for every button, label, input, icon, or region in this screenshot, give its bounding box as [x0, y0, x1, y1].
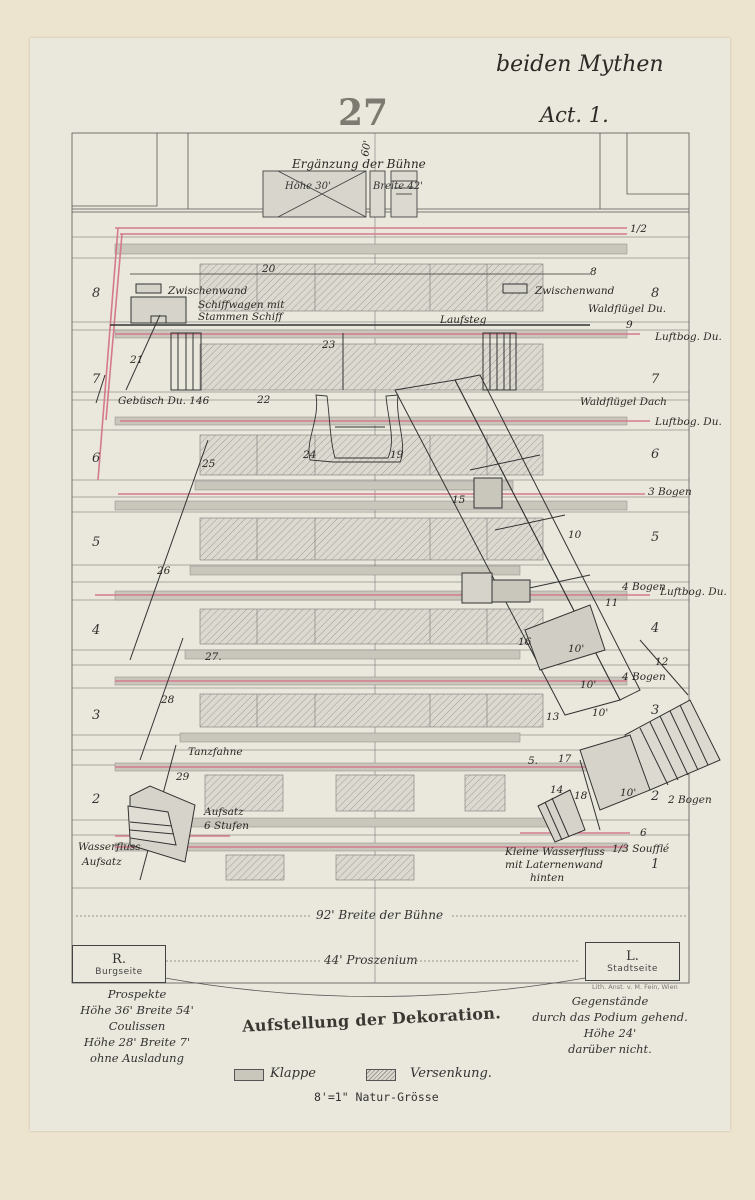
stage-width-label: 92' Breite der Bühne	[316, 908, 443, 922]
svg-text:22: 22	[256, 394, 271, 406]
scale-note: 8'=1" Natur-Grösse	[314, 1090, 439, 1104]
svg-text:hinten: hinten	[530, 872, 564, 884]
svg-text:Zwischenwand: Zwischenwand	[534, 285, 615, 297]
svg-text:28: 28	[160, 694, 175, 706]
svg-text:24: 24	[302, 449, 316, 461]
svg-text:Tanzfahne: Tanzfahne	[188, 746, 243, 758]
legend-klappe-swatch	[234, 1069, 264, 1081]
svg-text:12: 12	[655, 656, 669, 668]
svg-text:14: 14	[550, 784, 563, 796]
svg-text:Gebüsch Du. 146: Gebüsch Du. 146	[118, 395, 210, 407]
svg-text:5.: 5.	[528, 755, 538, 767]
svg-text:10': 10'	[592, 707, 608, 719]
right-side-box: R. Burgseite	[72, 945, 166, 983]
header-height-note: Höhe 30'	[285, 181, 331, 192]
svg-text:2 Bogen: 2 Bogen	[667, 794, 712, 806]
note-line: Höhe 28' Breite 7'	[72, 1034, 202, 1050]
legend-klappe-label: Klappe	[270, 1066, 316, 1081]
svg-text:1/2: 1/2	[630, 223, 647, 235]
left-side-letter: L.	[586, 949, 679, 964]
note-line: Höhe 24'	[525, 1025, 695, 1041]
svg-text:10': 10'	[620, 787, 636, 799]
svg-text:mit Laternenwand: mit Laternenwand	[505, 859, 603, 871]
svg-text:18: 18	[574, 790, 588, 802]
svg-text:4: 4	[650, 621, 659, 636]
svg-text:7: 7	[92, 372, 101, 387]
svg-text:3 Bogen: 3 Bogen	[648, 486, 692, 498]
svg-text:Wasserfluss: Wasserfluss	[78, 841, 141, 853]
svg-text:Kleine Wasserfluss: Kleine Wasserfluss	[504, 846, 605, 858]
legend-versenkung-label: Versenkung.	[410, 1066, 492, 1081]
svg-text:16: 16	[518, 636, 532, 648]
svg-text:25: 25	[201, 458, 216, 470]
proscenium-label: 44' Proszenium	[324, 953, 418, 967]
svg-text:10: 10	[568, 529, 582, 541]
svg-text:4: 4	[91, 623, 100, 638]
svg-text:Stammen Schiff: Stammen Schiff	[198, 311, 284, 323]
svg-text:3: 3	[651, 703, 659, 718]
svg-text:20: 20	[261, 263, 276, 275]
svg-text:Ergänzung der Bühne: Ergänzung der Bühne	[291, 157, 426, 171]
right-side-name: Burgseite	[73, 967, 165, 977]
svg-text:27.: 27.	[204, 651, 222, 663]
svg-text:15: 15	[452, 494, 466, 506]
svg-text:6: 6	[651, 447, 659, 462]
svg-text:Luftbog. Du.: Luftbog. Du.	[654, 416, 722, 428]
note-line: Coulissen	[72, 1018, 202, 1034]
svg-text:2: 2	[650, 789, 659, 804]
svg-text:5: 5	[92, 535, 100, 550]
left-side-name: Stadtseite	[586, 964, 679, 974]
svg-text:Luftbog. Du.: Luftbog. Du.	[659, 586, 727, 598]
note-line: darüber nicht.	[525, 1041, 695, 1057]
svg-text:Aufsatz: Aufsatz	[203, 806, 244, 818]
svg-text:1: 1	[651, 857, 659, 872]
svg-text:26: 26	[156, 565, 171, 577]
svg-text:2: 2	[91, 792, 100, 807]
svg-text:8: 8	[590, 266, 597, 278]
svg-text:Waldflügel Dach: Waldflügel Dach	[580, 396, 667, 408]
svg-text:9: 9	[626, 319, 633, 331]
svg-text:4 Bogen: 4 Bogen	[621, 671, 666, 683]
legend-versenkung-swatch	[366, 1069, 396, 1081]
svg-text:10': 10'	[580, 679, 596, 691]
svg-text:6: 6	[92, 451, 100, 466]
svg-text:Aufsatz: Aufsatz	[81, 856, 122, 868]
svg-text:3: 3	[92, 708, 100, 723]
svg-text:Laufsteg: Laufsteg	[439, 314, 487, 326]
svg-text:5: 5	[651, 530, 659, 545]
notes-left: Prospekte Höhe 36' Breite 54' Coulissen …	[72, 986, 202, 1066]
svg-text:17: 17	[558, 753, 572, 765]
svg-text:11: 11	[605, 597, 618, 609]
svg-text:8: 8	[651, 286, 659, 301]
note-line: Prospekte	[72, 986, 202, 1002]
svg-text:Waldflügel Du.: Waldflügel Du.	[588, 303, 666, 315]
svg-text:23: 23	[321, 339, 336, 351]
lithographer-credit: Lith. Anst. v. M. Fein, Wien	[592, 983, 678, 991]
svg-text:Schiffwagen mit: Schiffwagen mit	[198, 299, 285, 311]
svg-text:60': 60'	[359, 139, 374, 157]
left-side-box: L. Stadtseite	[585, 942, 680, 981]
note-line: Höhe 36' Breite 54'	[72, 1002, 202, 1018]
svg-text:29: 29	[175, 771, 190, 783]
notes-right: Gegenstände durch das Podium gehend. Höh…	[525, 993, 695, 1057]
svg-text:8: 8	[92, 286, 100, 301]
note-line: ohne Ausladung	[72, 1050, 202, 1066]
svg-text:6: 6	[640, 827, 647, 839]
svg-text:1/3 Soufflé: 1/3 Soufflé	[612, 843, 669, 855]
svg-text:19: 19	[390, 449, 404, 461]
svg-text:21: 21	[129, 354, 143, 366]
svg-text:10': 10'	[568, 643, 584, 655]
svg-text:Zwischenwand: Zwischenwand	[167, 285, 248, 297]
right-side-letter: R.	[73, 952, 165, 967]
svg-text:7: 7	[651, 372, 660, 387]
svg-text:Luftbog. Du.: Luftbog. Du.	[654, 331, 722, 343]
svg-text:13: 13	[546, 711, 560, 723]
header-width-note: Breite 42'	[373, 181, 423, 192]
svg-text:6 Stufen: 6 Stufen	[204, 820, 249, 832]
note-line: durch das Podium gehend.	[525, 1009, 695, 1025]
note-line: Gegenstände	[525, 993, 695, 1009]
